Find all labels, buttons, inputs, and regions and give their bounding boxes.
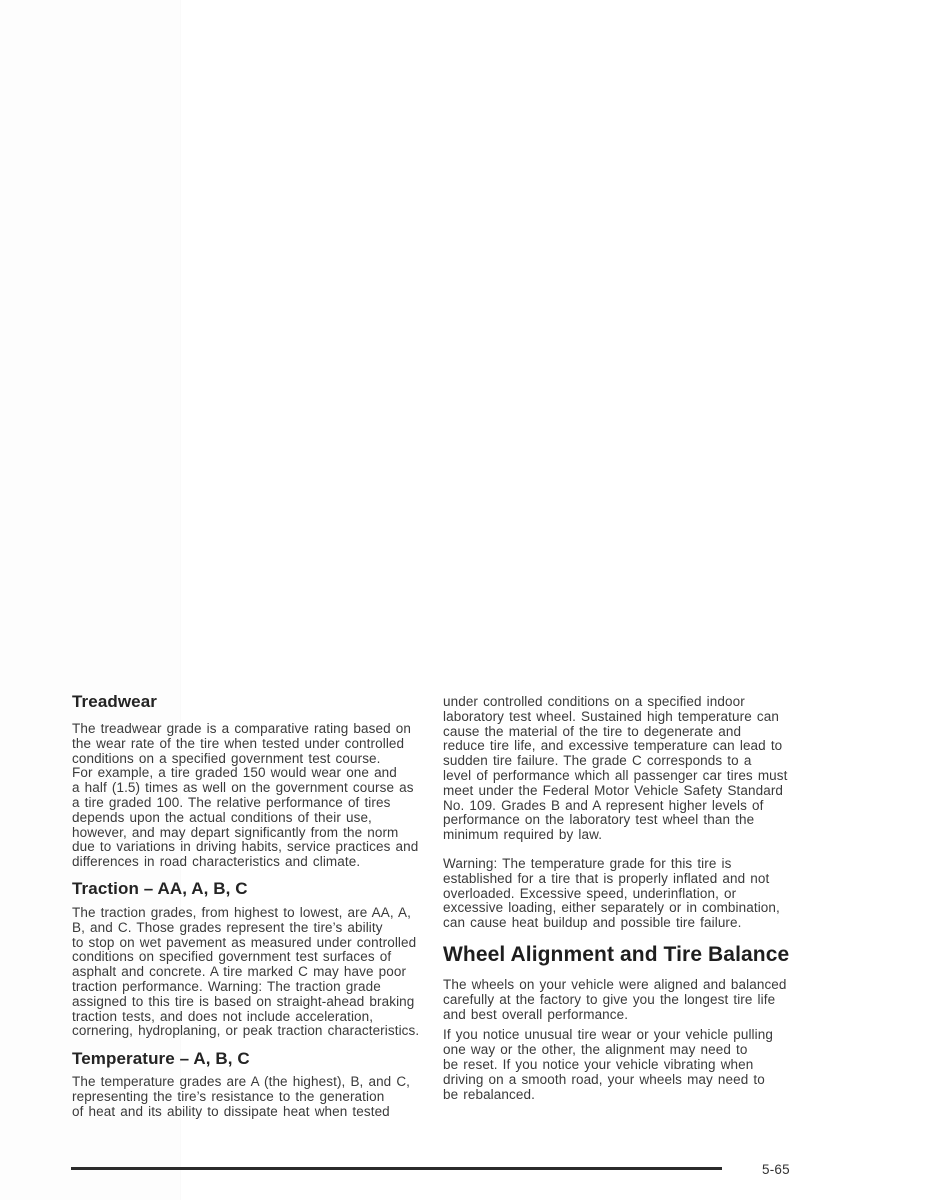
paragraph-temperature-continued: under controlled conditions on a specifi… [443,695,843,843]
section-heading-temperature: Temperature – A, B, C [72,1050,432,1068]
section-heading-traction: Traction – AA, A, B, C [72,880,432,898]
paragraph-temperature: The temperature grades are A (the highes… [72,1075,432,1119]
section-heading-treadwear: Treadwear [72,693,432,711]
right-column: under controlled conditions on a specifi… [443,695,843,1102]
page-number: 5-65 [762,1162,790,1177]
paragraph-temperature-warning: Warning: The temperature grade for this … [443,857,843,931]
section-heading-wheel-alignment: Wheel Alignment and Tire Balance [443,944,843,966]
left-column: Treadwear The treadwear grade is a compa… [72,693,432,1120]
paragraph-wheels-aligned: The wheels on your vehicle were aligned … [443,978,843,1022]
paragraph-alignment-notice: If you notice unusual tire wear or your … [443,1028,843,1102]
manual-page: Treadwear The treadwear grade is a compa… [0,0,927,1200]
paragraph-treadwear: The treadwear grade is a comparative rat… [72,722,432,870]
footer-rule [71,1167,722,1170]
paragraph-traction: The traction grades, from highest to low… [72,906,432,1039]
